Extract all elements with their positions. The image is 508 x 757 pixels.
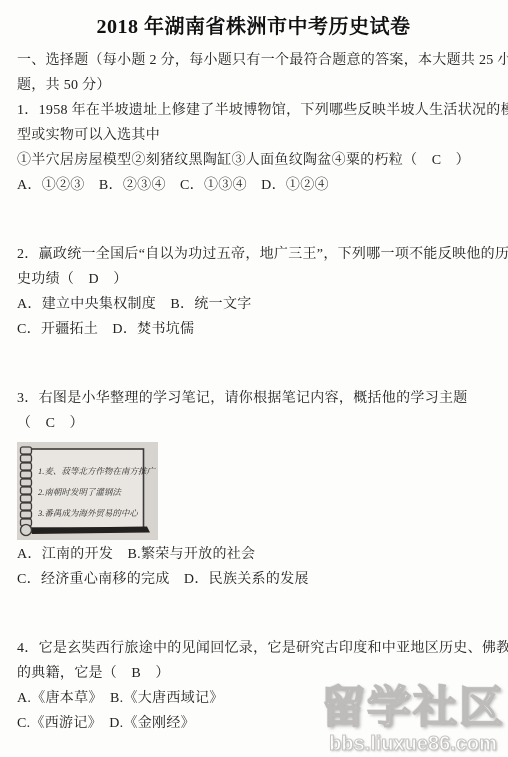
spiral-binding-icon	[21, 447, 32, 526]
section-header-line: 题，共 50 分）	[17, 73, 490, 98]
spacer	[17, 592, 490, 636]
question-3-line: 3．右图是小华整理的学习笔记，请你根据笔记内容，概括他的学习主题	[17, 386, 490, 411]
question-2-options-ab: A．建立中央集权制度 B．统一文字	[17, 292, 490, 317]
question-3-options-cd: C．经济重心南移的完成 D．民族关系的发展	[17, 567, 490, 592]
notebook-note-line: 2.南朝时发明了灌钢法	[38, 487, 122, 497]
page-title: 2018 年湖南省株洲市中考历史试卷	[17, 12, 490, 42]
question-2: 2．赢政统一全国后“自以为功过五帝，地广三王”，下列哪一项不能反映他的历 史功绩…	[17, 242, 490, 342]
question-2-line: 史功绩（ D ）	[17, 267, 490, 292]
question-1: 1．1958 年在半坡遗址上修建了半坡博物馆，下列哪些反映半坡人生活状况的模 型…	[17, 98, 490, 198]
question-1-choices-numbered: ①半穴居房屋模型②刻猪纹黑陶缸③人面鱼纹陶盆④粟的朽粒（ C ）	[17, 148, 490, 173]
exam-paper: 2018 年湖南省株洲市中考历史试卷 一、选择题（每小题 2 分，每小题只有一个…	[0, 0, 508, 757]
binding-end-ring-icon	[21, 525, 32, 536]
notebook-photo: 1.麦、菽等北方作物在南方推广 2.南朝时发明了灌钢法 3.番禺成为海外贸易的中…	[17, 442, 158, 540]
question-4-line: 4．它是玄奘西行旅途中的见闻回忆录，它是研究古印度和中亚地区历史、佛教	[17, 636, 490, 661]
section-header: 一、选择题（每小题 2 分，每小题只有一个最符合题意的答案，本大题共 25 小 …	[17, 48, 490, 98]
question-2-options-cd: C．开疆拓土 D．焚书坑儒	[17, 317, 490, 342]
question-4: 4．它是玄奘西行旅途中的见闻回忆录，它是研究古印度和中亚地区历史、佛教 的典籍，…	[17, 636, 490, 736]
question-3-line: （ C ）	[17, 411, 490, 436]
notebook-note-line: 3.番禺成为海外贸易的中心	[37, 508, 139, 518]
question-3: 3．右图是小华整理的学习笔记，请你根据笔记内容，概括他的学习主题 （ C ）	[17, 386, 490, 592]
question-1-options: A．①②③ B．②③④ C．①③④ D．①②④	[17, 173, 490, 198]
question-4-line: 的典籍，它是（ B ）	[17, 661, 490, 686]
question-4-options-cd: C.《西游记》 D.《金刚经》	[17, 711, 490, 736]
question-4-options-ab: A.《唐本草》 B.《大唐西域记》	[17, 686, 490, 711]
question-1-line: 型或实物可以入选其中	[17, 123, 490, 148]
notebook-note-line: 1.麦、菽等北方作物在南方推广	[38, 466, 156, 476]
question-1-line: 1．1958 年在半坡遗址上修建了半坡博物馆，下列哪些反映半坡人生活状况的模	[17, 98, 490, 123]
section-header-line: 一、选择题（每小题 2 分，每小题只有一个最符合题意的答案，本大题共 25 小	[17, 48, 490, 73]
spacer	[17, 198, 490, 242]
question-2-line: 2．赢政统一全国后“自以为功过五帝，地广三王”，下列哪一项不能反映他的历	[17, 242, 490, 267]
spacer	[17, 342, 490, 386]
question-3-options-ab: A．江南的开发 B.繁荣与开放的社会	[17, 542, 490, 567]
notebook-illustration: 1.麦、菽等北方作物在南方推广 2.南朝时发明了灌钢法 3.番禺成为海外贸易的中…	[17, 442, 158, 540]
